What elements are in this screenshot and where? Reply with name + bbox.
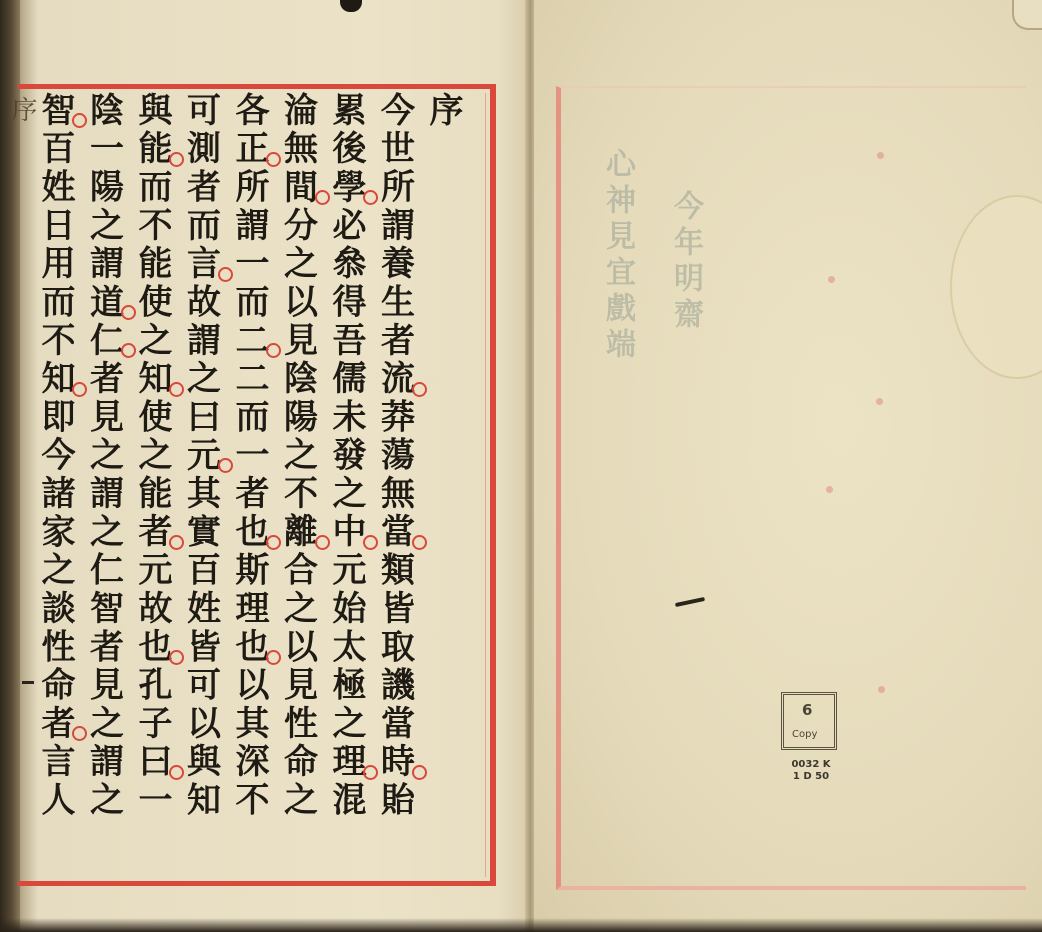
glyph: 也 bbox=[132, 628, 172, 666]
glyph: 之 bbox=[278, 245, 318, 283]
glyph: 今 bbox=[375, 92, 415, 130]
glyph: 之 bbox=[132, 322, 172, 360]
glyph: 二 bbox=[229, 322, 269, 360]
glyph: 百 bbox=[35, 130, 75, 168]
glyph: 可 bbox=[181, 92, 221, 130]
book-spine-edge bbox=[0, 0, 20, 932]
glyph: 與 bbox=[132, 92, 172, 130]
glyph: 一 bbox=[84, 130, 124, 168]
glyph: 生 bbox=[375, 284, 415, 322]
glyph: 理 bbox=[229, 590, 269, 628]
glyph: 正 bbox=[229, 130, 269, 168]
glyph: 其 bbox=[229, 705, 269, 743]
glyph: 之 bbox=[326, 475, 366, 513]
glyph: 智 bbox=[84, 590, 124, 628]
glyph: 家 bbox=[35, 513, 75, 551]
glyph: 也 bbox=[229, 628, 269, 666]
glyph: 之 bbox=[132, 437, 172, 475]
glyph: 仁 bbox=[84, 322, 124, 360]
glyph: 也 bbox=[229, 513, 269, 551]
glyph: 言 bbox=[35, 743, 75, 781]
glyph: 之 bbox=[84, 207, 124, 245]
glyph: 類 bbox=[375, 552, 415, 590]
glyph: 測 bbox=[181, 130, 221, 168]
glyph: 道 bbox=[84, 284, 124, 322]
glyph: 發 bbox=[326, 437, 366, 475]
glyph: 無 bbox=[278, 130, 318, 168]
glyph: 仁 bbox=[84, 552, 124, 590]
glyph: 使 bbox=[132, 399, 172, 437]
glyph: 命 bbox=[278, 743, 318, 781]
glyph: 世 bbox=[375, 130, 415, 168]
left-page: 序 序 今世所謂養生者流莽蕩無當類皆取譏當時貽 累後學必叅得吾儒未發之中元始太極… bbox=[0, 0, 530, 932]
glyph: 取 bbox=[375, 628, 415, 666]
glyph: 謂 bbox=[84, 245, 124, 283]
glyph: 者 bbox=[84, 360, 124, 398]
glyph: 日 bbox=[35, 207, 75, 245]
book-spread: 序 序 今世所謂養生者流莽蕩無當類皆取譏當時貽 累後學必叅得吾儒未發之中元始太極… bbox=[0, 0, 1042, 932]
glyph: 叅 bbox=[326, 245, 366, 283]
glyph: 者 bbox=[181, 169, 221, 207]
glyph: 之 bbox=[84, 705, 124, 743]
glyph: 必 bbox=[326, 207, 366, 245]
glyph: 當 bbox=[375, 513, 415, 551]
glyph: 能 bbox=[132, 245, 172, 283]
glyph: 而 bbox=[35, 284, 75, 322]
glyph: 知 bbox=[181, 782, 221, 820]
glyph: 談 bbox=[35, 590, 75, 628]
glyph: 孔 bbox=[132, 667, 172, 705]
glyph: 所 bbox=[229, 169, 269, 207]
glyph: 一 bbox=[229, 245, 269, 283]
glyph: 故 bbox=[181, 284, 221, 322]
glyph: 人 bbox=[35, 782, 75, 820]
glyph: 而 bbox=[229, 399, 269, 437]
glyph: 極 bbox=[326, 667, 366, 705]
stamp-label: Copy bbox=[792, 729, 817, 740]
glyph: 蕩 bbox=[375, 437, 415, 475]
glyph: 今 bbox=[35, 437, 75, 475]
glyph: 陰 bbox=[84, 92, 124, 130]
glyph: 不 bbox=[35, 322, 75, 360]
glyph: 太 bbox=[326, 628, 366, 666]
glyph: 吾 bbox=[326, 322, 366, 360]
stamp-number: 6 bbox=[802, 701, 812, 719]
right-page bbox=[534, 0, 1042, 932]
catalog-code-line: 1 D 50 bbox=[787, 771, 835, 783]
library-stamp: 6 Copy bbox=[781, 692, 837, 750]
glyph: 言 bbox=[181, 245, 221, 283]
glyph: 陽 bbox=[278, 399, 318, 437]
glyph: 始 bbox=[326, 590, 366, 628]
glyph: 時 bbox=[375, 743, 415, 781]
glyph: 當 bbox=[375, 705, 415, 743]
glyph: 以 bbox=[278, 628, 318, 666]
glyph: 性 bbox=[35, 628, 75, 666]
glyph: 各 bbox=[229, 92, 269, 130]
bleed-red-mark bbox=[876, 398, 883, 405]
text-column: 各正所謂一而二二而一者也斯理也以其深不 bbox=[228, 92, 270, 876]
glyph: 能 bbox=[132, 475, 172, 513]
glyph: 一 bbox=[229, 437, 269, 475]
glyph: 養 bbox=[375, 245, 415, 283]
page-bottom-shadow bbox=[0, 918, 1042, 932]
glyph: 不 bbox=[132, 207, 172, 245]
glyph: 元 bbox=[132, 552, 172, 590]
bleed-red-mark bbox=[877, 152, 884, 159]
catalog-code-line: 0032 K bbox=[787, 759, 835, 771]
glyph: 之 bbox=[278, 590, 318, 628]
glyph: 實 bbox=[181, 513, 221, 551]
text-column: 陰一陽之謂道仁者見之謂之仁智者見之謂之 bbox=[83, 92, 125, 876]
glyph: 皆 bbox=[375, 590, 415, 628]
glyph: 理 bbox=[326, 743, 366, 781]
glyph: 謂 bbox=[229, 207, 269, 245]
text-column: 淪無間分之以見陰陽之不離合之以見性命之 bbox=[277, 92, 319, 876]
glyph: 所 bbox=[375, 169, 415, 207]
glyph: 無 bbox=[375, 475, 415, 513]
glyph: 而 bbox=[181, 207, 221, 245]
glyph: 累 bbox=[326, 92, 366, 130]
glyph: 使 bbox=[132, 284, 172, 322]
glyph: 命 bbox=[35, 667, 75, 705]
catalog-code: 0032 K 1 D 50 bbox=[787, 759, 835, 783]
glyph: 之 bbox=[35, 552, 75, 590]
glyph: 貽 bbox=[375, 782, 415, 820]
glyph: 分 bbox=[278, 207, 318, 245]
bleed-through-text: 今年明齋 bbox=[668, 190, 702, 334]
glyph: 之 bbox=[84, 513, 124, 551]
corner-fold bbox=[1012, 0, 1042, 30]
glyph: 陽 bbox=[84, 169, 124, 207]
text-column: 與能而不能使之知使之能者元故也孔子曰一 bbox=[131, 92, 173, 876]
glyph: 一 bbox=[132, 782, 172, 820]
glyph: 諸 bbox=[35, 475, 75, 513]
glyph: 而 bbox=[229, 284, 269, 322]
glyph: 以 bbox=[229, 667, 269, 705]
glyph: 姓 bbox=[35, 169, 75, 207]
bleed-through-text: 心神見宜戲端 bbox=[600, 148, 634, 364]
glyph: 斯 bbox=[229, 552, 269, 590]
glyph: 之 bbox=[326, 705, 366, 743]
glyph: 故 bbox=[132, 590, 172, 628]
bleed-red-mark bbox=[878, 686, 885, 693]
glyph: 曰 bbox=[181, 399, 221, 437]
glyph: 間 bbox=[278, 169, 318, 207]
glyph: 之 bbox=[84, 437, 124, 475]
glyph: 不 bbox=[278, 475, 318, 513]
bleed-red-mark bbox=[828, 276, 835, 283]
glyph: 姓 bbox=[181, 590, 221, 628]
glyph: 二 bbox=[229, 360, 269, 398]
text-column: 累後學必叅得吾儒未發之中元始太極之理混 bbox=[325, 92, 367, 876]
glyph: 元 bbox=[326, 552, 366, 590]
text-columns: 序 今世所謂養生者流莽蕩無當類皆取譏當時貽 累後學必叅得吾儒未發之中元始太極之理… bbox=[34, 92, 464, 876]
glyph: 而 bbox=[132, 169, 172, 207]
glyph: 智 bbox=[35, 92, 75, 130]
glyph: 以 bbox=[181, 705, 221, 743]
glyph: 其 bbox=[181, 475, 221, 513]
glyph: 百 bbox=[181, 552, 221, 590]
glyph: 與 bbox=[181, 743, 221, 781]
text-column: 可測者而言故謂之曰元其實百姓皆可以與知 bbox=[180, 92, 222, 876]
glyph: 譏 bbox=[375, 667, 415, 705]
glyph: 曰 bbox=[132, 743, 172, 781]
frame-inner-line bbox=[485, 93, 486, 877]
glyph: 謂 bbox=[181, 322, 221, 360]
bleed-red-mark bbox=[826, 486, 833, 493]
glyph: 見 bbox=[84, 399, 124, 437]
glyph: 皆 bbox=[181, 628, 221, 666]
glyph: 者 bbox=[229, 475, 269, 513]
glyph: 謂 bbox=[84, 743, 124, 781]
glyph: 不 bbox=[229, 782, 269, 820]
glyph: 知 bbox=[35, 360, 75, 398]
text-column: 智百姓日用而不知即今諸家之談性命者言人 bbox=[34, 92, 76, 876]
glyph: 得 bbox=[326, 284, 366, 322]
glyph: 序 bbox=[423, 92, 463, 130]
glyph: 以 bbox=[278, 284, 318, 322]
glyph: 子 bbox=[132, 705, 172, 743]
glyph: 混 bbox=[326, 782, 366, 820]
glyph: 者 bbox=[132, 513, 172, 551]
glyph: 後 bbox=[326, 130, 366, 168]
text-column: 今世所謂養生者流莽蕩無當類皆取譏當時貽 bbox=[374, 92, 416, 876]
glyph: 中 bbox=[326, 513, 366, 551]
glyph: 性 bbox=[278, 705, 318, 743]
glyph: 見 bbox=[278, 322, 318, 360]
glyph: 見 bbox=[278, 667, 318, 705]
glyph: 之 bbox=[278, 437, 318, 475]
column-heading: 序 bbox=[422, 92, 464, 876]
glyph: 用 bbox=[35, 245, 75, 283]
glyph: 合 bbox=[278, 552, 318, 590]
glyph: 者 bbox=[375, 322, 415, 360]
glyph: 即 bbox=[35, 399, 75, 437]
glyph: 可 bbox=[181, 667, 221, 705]
glyph: 陰 bbox=[278, 360, 318, 398]
glyph: 元 bbox=[181, 437, 221, 475]
glyph: 莽 bbox=[375, 399, 415, 437]
glyph: 者 bbox=[35, 705, 75, 743]
glyph: 之 bbox=[278, 782, 318, 820]
glyph: 淪 bbox=[278, 92, 318, 130]
glyph: 儒 bbox=[326, 360, 366, 398]
glyph: 知 bbox=[132, 360, 172, 398]
glyph: 謂 bbox=[84, 475, 124, 513]
glyph: 者 bbox=[84, 628, 124, 666]
glyph: 流 bbox=[375, 360, 415, 398]
glyph: 之 bbox=[84, 782, 124, 820]
glyph: 學 bbox=[326, 169, 366, 207]
glyph: 之 bbox=[181, 360, 221, 398]
glyph: 深 bbox=[229, 743, 269, 781]
glyph: 謂 bbox=[375, 207, 415, 245]
glyph: 離 bbox=[278, 513, 318, 551]
glyph: 見 bbox=[84, 667, 124, 705]
glyph: 未 bbox=[326, 399, 366, 437]
glyph: 能 bbox=[132, 130, 172, 168]
